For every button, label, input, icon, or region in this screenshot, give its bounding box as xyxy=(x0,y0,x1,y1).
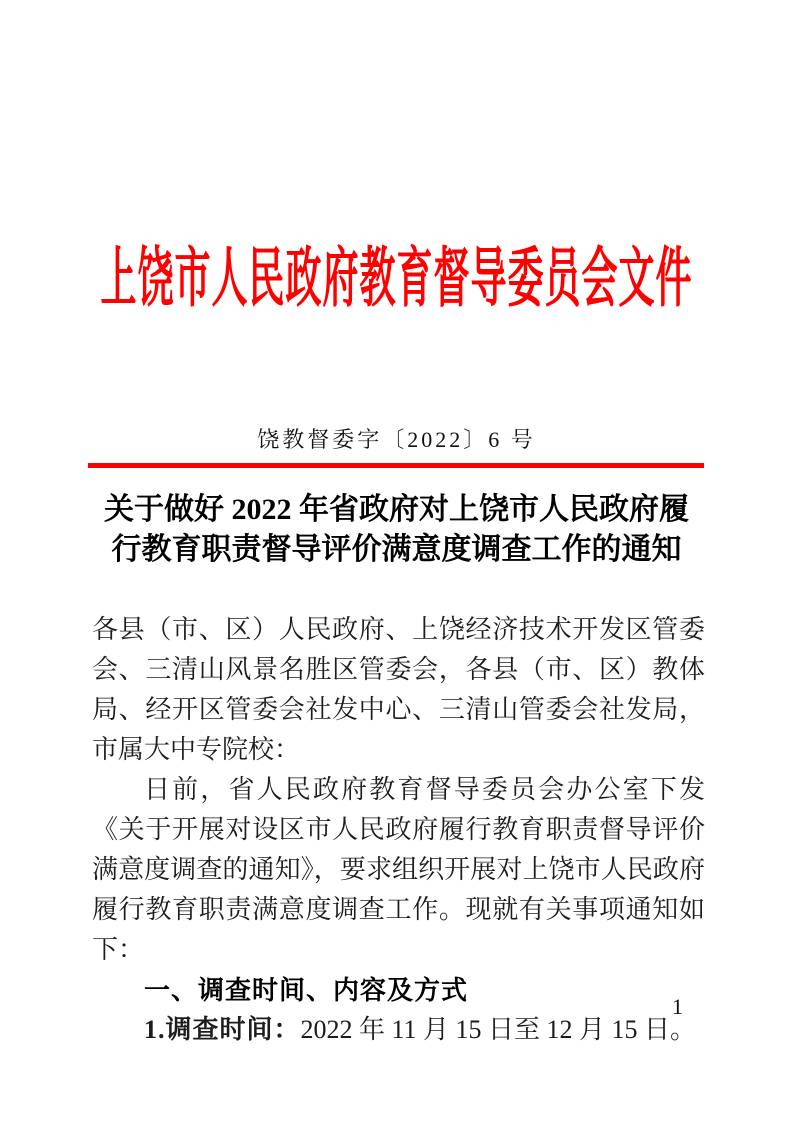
document-title-line2: 行教育职责督导评价满意度调查工作的通知 xyxy=(112,533,682,566)
document-body: 各县（市、区）人民政府、上饶经济技术开发区管委会、三清山风景名胜区管委会，各县（… xyxy=(92,610,705,1050)
document-number: 饶教督委字〔2022〕6 号 xyxy=(0,423,793,454)
document-title-line1: 关于做好 2022 年省政府对上饶市人民政府履 xyxy=(104,493,689,526)
document-title: 关于做好 2022 年省政府对上饶市人民政府履 行教育职责督导评价满意度调查工作… xyxy=(60,490,733,570)
item-1-line: 1.调查时间：2022 年 11 月 15 日至 12 月 15 日。 xyxy=(92,1010,705,1050)
page-number: 1 xyxy=(672,994,683,1020)
letterhead-title: 上饶市人民政府教育督导委员会文件 xyxy=(0,228,793,320)
intro-paragraph: 日前，省人民政府教育督导委员会办公室下发《关于开展对设区市人民政府履行教育职责督… xyxy=(92,770,705,970)
addressee-paragraph: 各县（市、区）人民政府、上饶经济技术开发区管委会、三清山风景名胜区管委会，各县（… xyxy=(92,610,705,770)
document-page: 上饶市人民政府教育督导委员会文件 饶教督委字〔2022〕6 号 关于做好 202… xyxy=(0,0,793,1122)
section-1-heading: 一、调查时间、内容及方式 xyxy=(92,970,705,1010)
red-divider-line xyxy=(88,463,704,468)
item-1-label: 1.调查时间： xyxy=(144,1015,301,1044)
item-1-text: 2022 年 11 月 15 日至 12 月 15 日。 xyxy=(301,1015,697,1044)
